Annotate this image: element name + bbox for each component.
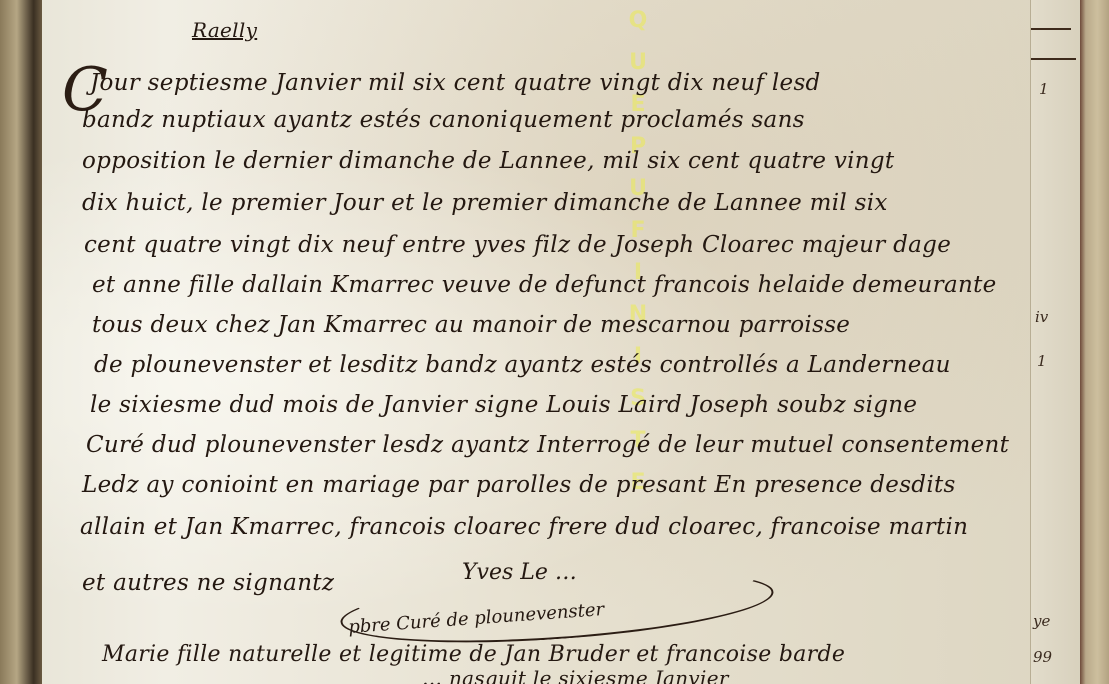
entry-line: bandz nuptiaux ayantz estés canoniquemen… bbox=[82, 107, 805, 133]
entry-line: Ledz ay conioint en mariage par parolles… bbox=[82, 472, 956, 498]
entry-line: tous deux chez Jan Kmarrec au manoir de … bbox=[92, 312, 850, 338]
right-margin-column: 1 iv 1 ye 99 bbox=[1030, 0, 1081, 684]
entry-line: Jour septiesme Janvier mil six cent quat… bbox=[90, 70, 821, 96]
entry-line: allain et Jan Kmarrec, francois cloarec … bbox=[80, 514, 968, 540]
next-entry-line: Marie fille naturelle et legitime de Jan… bbox=[102, 642, 845, 667]
entry-line: et anne fille dallain Kmarrec veuve de d… bbox=[92, 272, 997, 298]
margin-rule bbox=[1031, 28, 1071, 30]
margin-note: 1 bbox=[1037, 352, 1047, 370]
margin-note: iv bbox=[1035, 308, 1048, 326]
page-edge bbox=[1080, 0, 1109, 684]
entry-line: cent quatre vingt dix neuf entre yves fi… bbox=[84, 232, 951, 258]
margin-note: 1 bbox=[1039, 80, 1049, 98]
entry-line: dix huict, le premier Jour et le premier… bbox=[82, 190, 888, 216]
book-binding bbox=[0, 0, 42, 684]
entry-line: le sixiesme dud mois de Janvier signe Lo… bbox=[90, 392, 917, 418]
margin-rule bbox=[1031, 58, 1076, 60]
entry-line: de plounevenster et lesditz bandz ayantz… bbox=[94, 352, 951, 378]
margin-note: ye bbox=[1033, 612, 1050, 630]
entry-line: et autres ne signantz bbox=[82, 570, 334, 596]
margin-heading: Raelly bbox=[192, 18, 257, 42]
margin-note: 99 bbox=[1033, 648, 1052, 666]
next-entry-line: … nasquit le sixiesme Janvier bbox=[422, 666, 729, 684]
entry-line: Curé dud plounevenster lesdz ayantz Inte… bbox=[86, 432, 1009, 458]
entry-line: opposition le dernier dimanche de Lannee… bbox=[82, 148, 894, 174]
